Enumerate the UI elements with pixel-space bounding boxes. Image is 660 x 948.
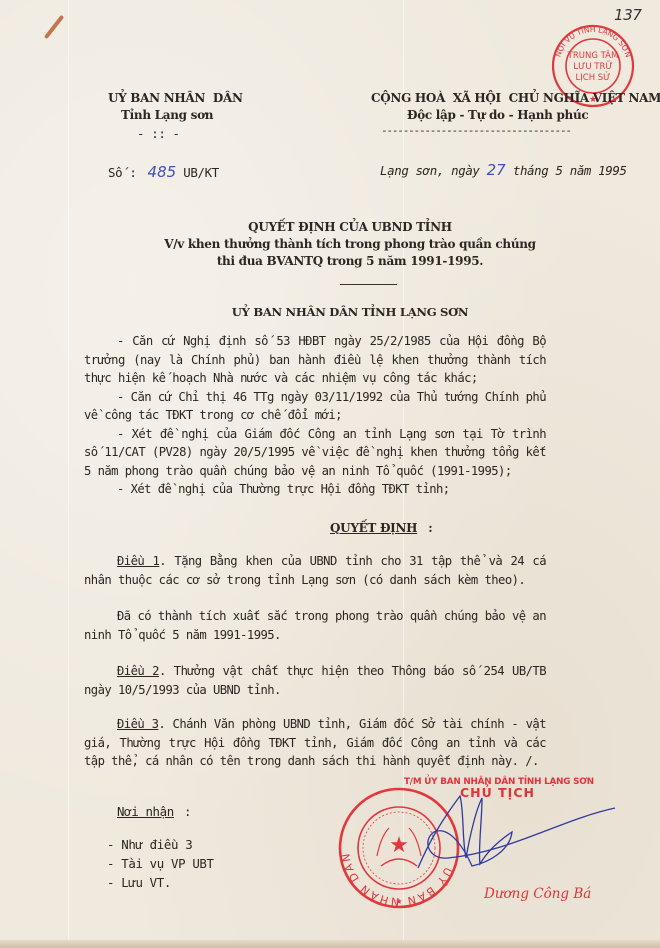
article-2: Điều 2. Thưởng vật chất thực hiện theo T… [84, 662, 546, 699]
handwritten-signature [370, 780, 620, 890]
recipients-heading: Nơi nhận : [117, 801, 191, 820]
article-label: Điều 1 [117, 554, 159, 568]
date-day-handwritten: 27 [487, 161, 506, 179]
preamble-item: - Xét đề nghị của Giám đốc Công an tỉnh … [84, 425, 546, 481]
preamble-item: - Căn cứ Nghị định số 53 HĐBT ngày 25/2/… [84, 332, 546, 388]
svg-text:LỊCH SỬ: LỊCH SỬ [576, 71, 611, 83]
recipient-item: - Lưu VT. [107, 876, 171, 890]
document-date: Lạng sơn, ngày 27 tháng 5 năm 1995 [380, 160, 627, 179]
decision-title: QUYẾT ĐỊNH CỦA UBND TỈNH [150, 220, 550, 234]
motto-rule: ----------------------------------- [381, 124, 571, 138]
decision-heading-text: QUYẾT ĐỊNH [330, 521, 417, 535]
fold-line [68, 0, 69, 948]
page-edge [0, 940, 660, 948]
article-3: Điều 3. Chánh Văn phòng UBND tỉnh, Giám … [84, 715, 546, 771]
number-label: Số : [108, 165, 136, 180]
recipient-item: - Tài vụ VP UBT [107, 857, 214, 871]
article-1: Điều 1. Tặng Bằng khen của UBND tỉnh cho… [84, 552, 546, 589]
recipients-heading-colon: : [184, 804, 191, 819]
decision-subject-line2: thi đua BVANTQ trong 5 năm 1991-1995. [150, 254, 550, 268]
date-suffix: tháng 5 năm 1995 [513, 163, 627, 178]
number-handwritten: 485 [148, 163, 177, 181]
article-label: Điều 2 [117, 664, 159, 678]
national-title: CỘNG HOÀ XÃ HỘI CHỦ NGHĨA VIỆT NAM [371, 91, 660, 105]
decision-heading: QUYẾT ĐỊNH : [330, 517, 432, 536]
recipient-item: - Như điều 3 [107, 838, 192, 852]
issuer-name: UỶ BAN NHÂN DÂN [108, 91, 243, 105]
article-text: Đã có thành tích xuất sắc trong phong tr… [84, 609, 546, 642]
svg-text:★: ★ [395, 897, 402, 906]
authority-heading: UỶ BAN NHÂN DÂN TỈNH LẠNG SƠN [150, 305, 550, 319]
recipients-heading-text: Nơi nhận [117, 804, 174, 819]
preamble-item: - Căn cứ Chỉ thị 46 TTg ngày 03/11/1992 … [84, 388, 546, 425]
svg-text:TRUNG TÂM: TRUNG TÂM [567, 49, 619, 61]
preamble-item: - Xét đề nghị của Thường trực Hội đồng T… [84, 480, 546, 499]
preamble: - Căn cứ Nghị định số 53 HĐBT ngày 25/2/… [84, 332, 546, 499]
article-1-note: Đã có thành tích xuất sắc trong phong tr… [84, 607, 546, 644]
svg-text:LƯU TRỮ: LƯU TRỮ [573, 60, 612, 72]
title-rule [340, 284, 397, 285]
date-prefix: Lạng sơn, ngày [380, 163, 480, 178]
issuer-divider: - :: - [137, 127, 180, 141]
page-number-handwritten: 137 [614, 8, 642, 22]
number-suffix: UB/KT [183, 165, 219, 180]
national-motto: Độc lập - Tự do - Hạnh phúc [407, 108, 588, 122]
signatory-name: Dương Công Bá [484, 887, 591, 901]
article-label: Điều 3 [117, 717, 158, 731]
decision-heading-colon: : [428, 521, 432, 535]
issuer-province: Tỉnh Lạng sơn [121, 108, 213, 122]
document-number: Số : 485 UB/KT [108, 162, 219, 181]
decision-subject-line1: V/v khen thưởng thành tích trong phong t… [150, 237, 550, 251]
